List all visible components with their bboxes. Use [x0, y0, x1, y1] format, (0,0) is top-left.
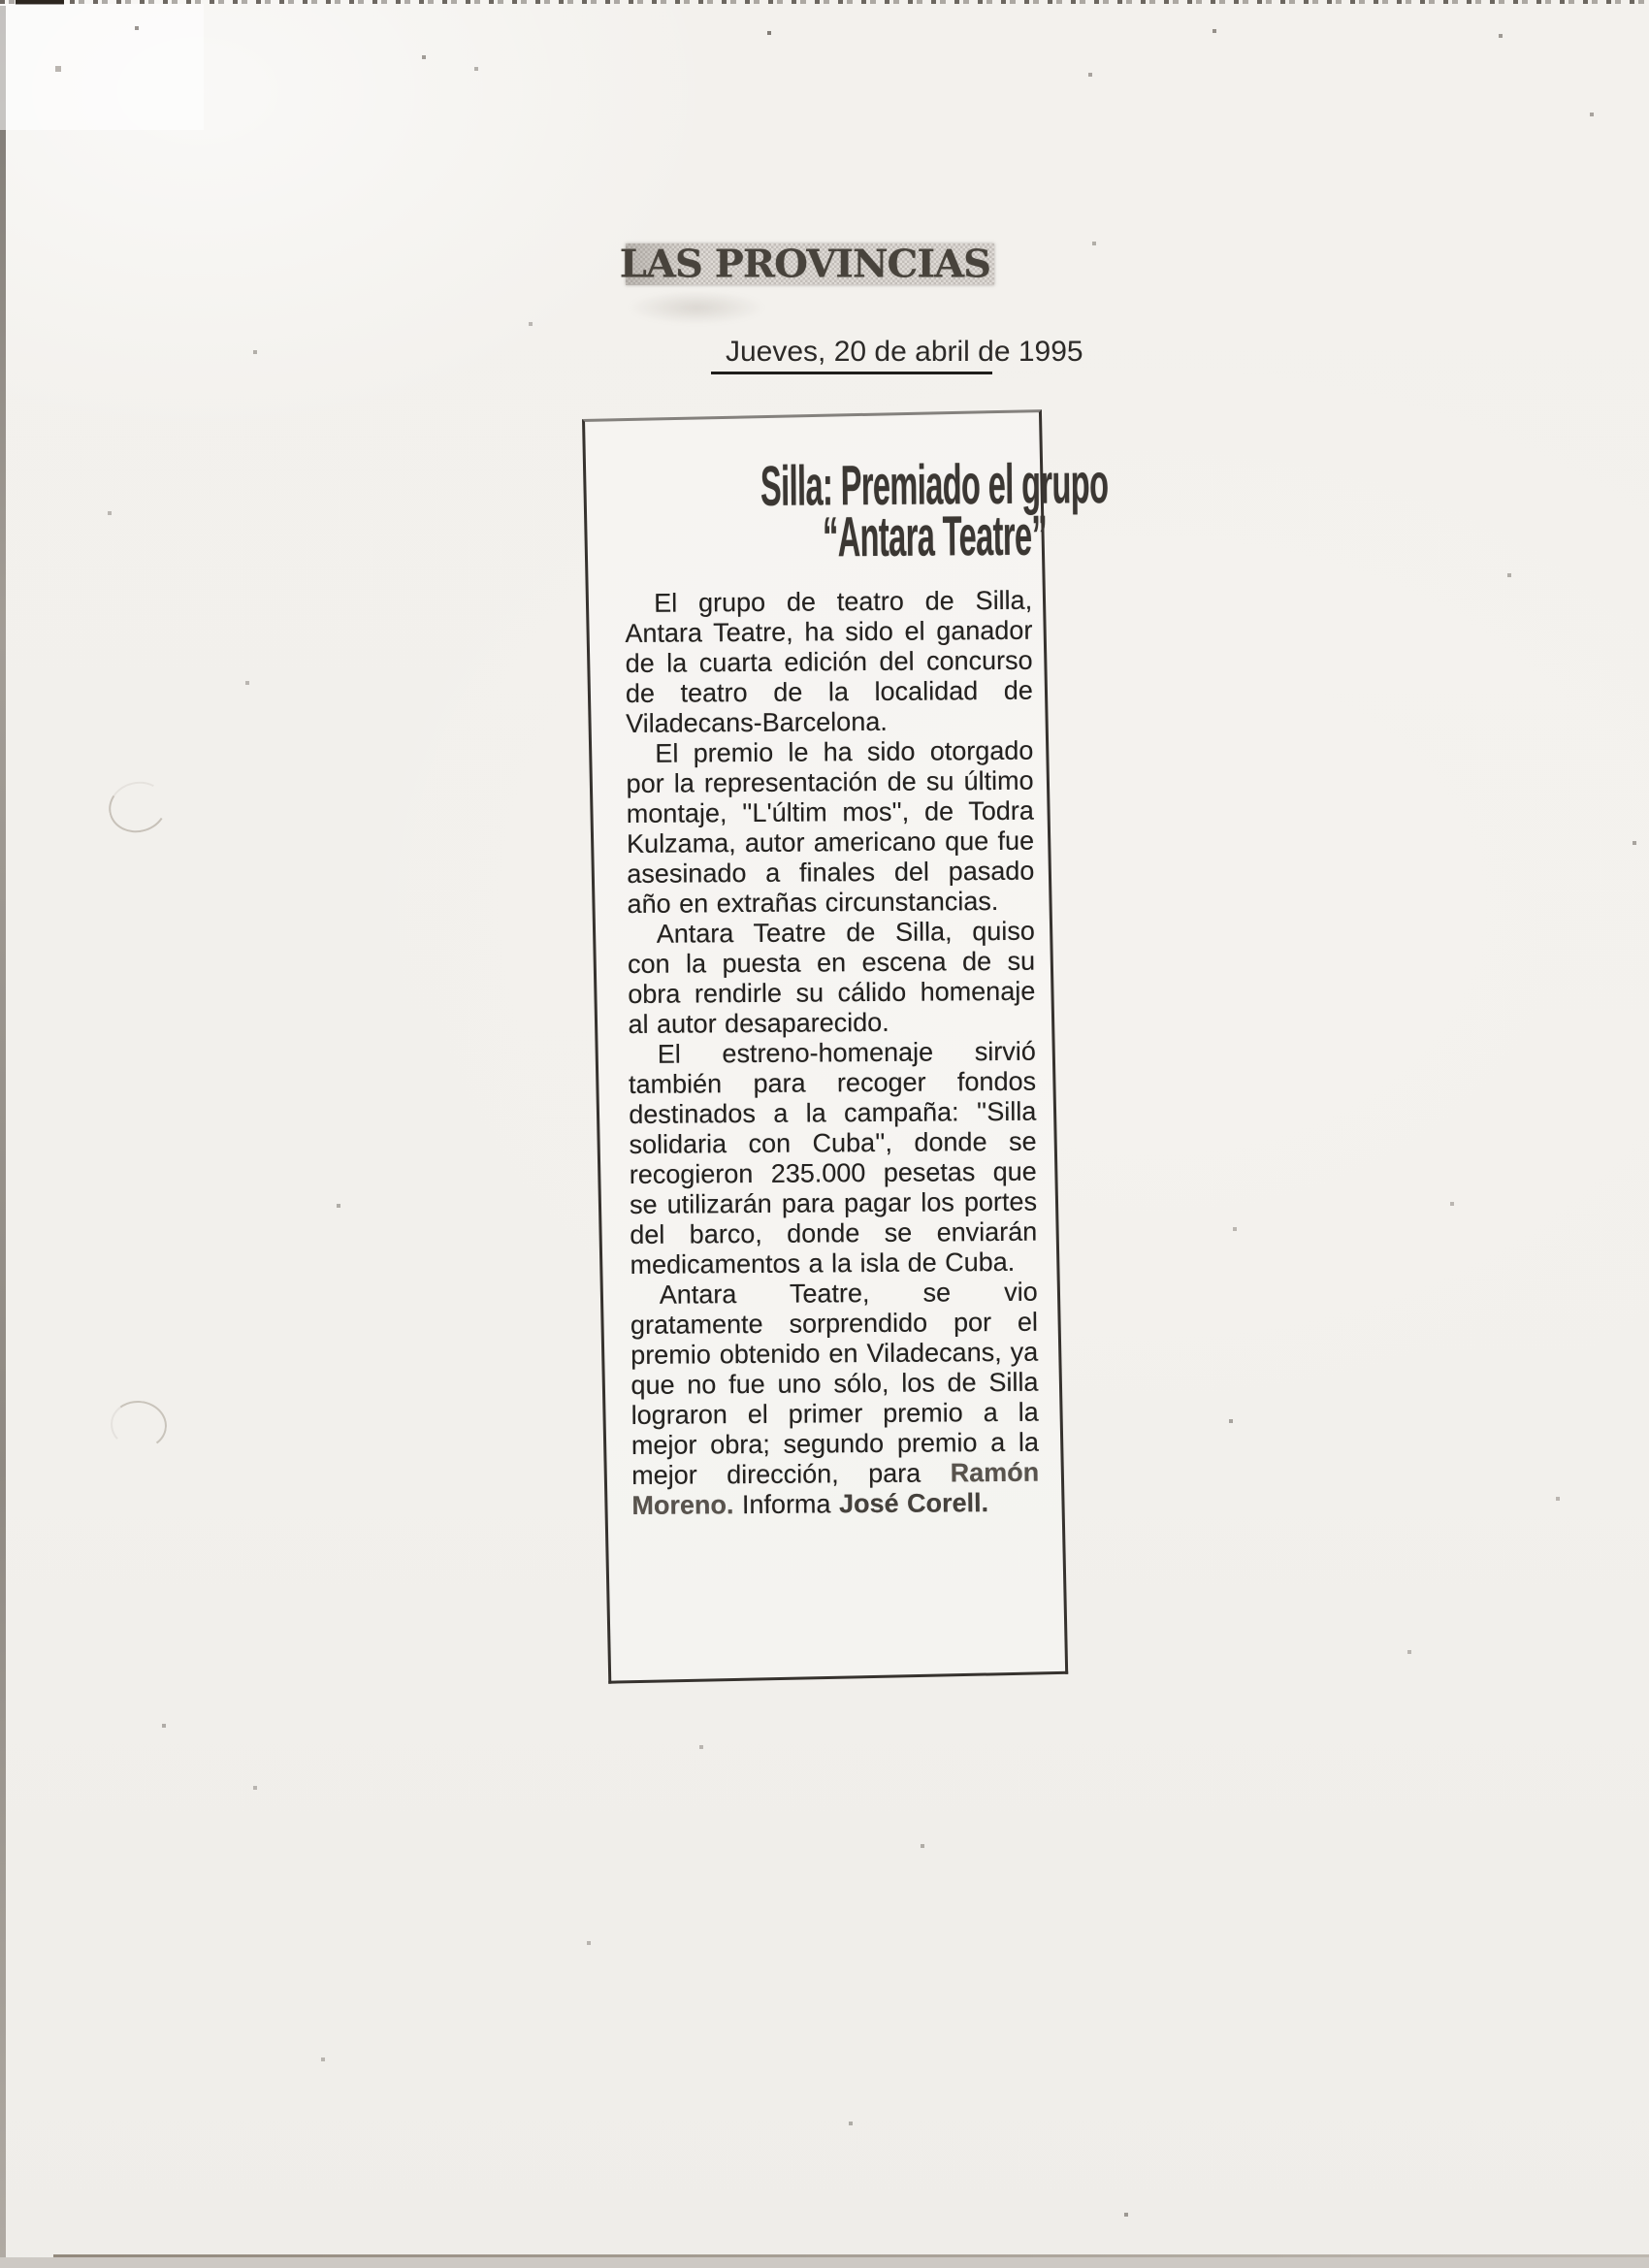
dateline-rule [711, 372, 992, 374]
masthead-title: LAS PROVINCIAS [620, 245, 994, 283]
dateline: Jueves, 20 de abril de 1995 [726, 337, 997, 368]
article-headline-text: Silla: Premiado el grupo “Antara Teatre” [760, 458, 1109, 564]
hole-punch-mark [109, 1398, 170, 1452]
hole-punch-mark [104, 776, 173, 839]
reporter-name: José Corell. [839, 1488, 988, 1518]
article-paragraph: Antara Teatre, se vio gratamente sorpren… [630, 1278, 1040, 1521]
article-headline: Silla: Premiado el grupo “Antara Teatre” [624, 459, 1032, 566]
scan-edge-top [0, 0, 1649, 4]
article: Silla: Premiado el grupo “Antara Teatre”… [624, 459, 1040, 1521]
article-paragraph: El premio le ha sido otorgado por la rep… [626, 736, 1034, 920]
article-paragraph: El grupo de teatro de Silla, Antara Teat… [625, 586, 1033, 739]
halftone-smudge [629, 291, 764, 324]
scanned-newspaper-page: LAS PROVINCIAS Jueves, 20 de abril de 19… [0, 0, 1649, 2268]
article-paragraph: El estreno-homenaje sirvió también para … [629, 1037, 1038, 1280]
scan-edge-bottom-band [0, 2257, 1649, 2268]
newspaper-masthead: LAS PROVINCIAS [626, 243, 994, 285]
article-paragraph: Antara Teatre de Silla, quiso con la pue… [628, 917, 1036, 1040]
informa-label: Informa [742, 1489, 831, 1519]
scan-edge-left [0, 6, 6, 2260]
scan-corner-highlight [0, 4, 204, 130]
scan-noise-speckles [0, 0, 2, 2]
